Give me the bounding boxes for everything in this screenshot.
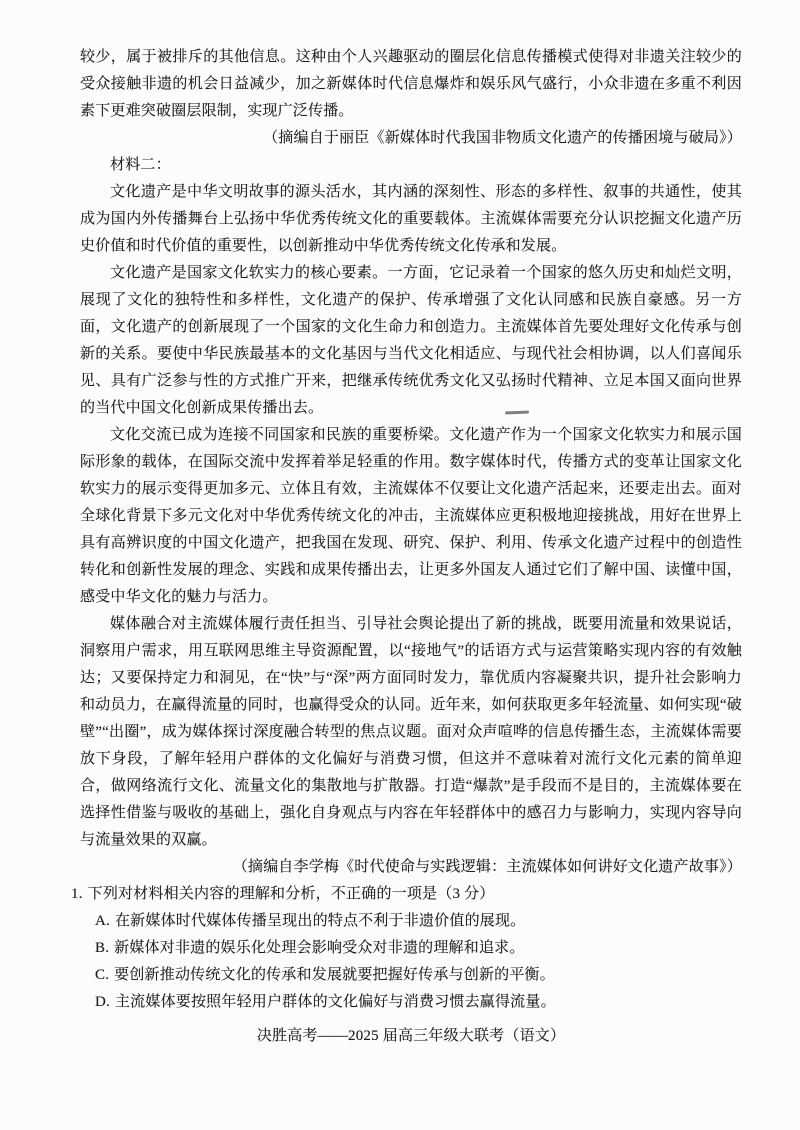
material-two-paragraph-2: 文化遗产是国家文化软实力的核心要素。一方面，它记录着一个国家的悠久历史和灿烂文明…: [80, 260, 742, 422]
exam-footer-title: 决胜高考——2025 届高三年级大联考（语文）: [80, 1023, 742, 1050]
material-two-heading: 材料二：: [80, 152, 742, 179]
question-1-option-d: D.主流媒体要按照年轻用户群体的文化偏好与消费习惯去赢得流量。: [95, 989, 742, 1016]
question-1-option-a: A.在新媒体时代媒体传播呈现出的特点不利于非遗价值的展现。: [95, 908, 742, 935]
question-1-option-b: B.新媒体对非遗的娱乐化处理会影响受众对非遗的理解和追求。: [95, 935, 742, 962]
option-a-label: A.: [95, 913, 110, 929]
question-1-stem: 下列对材料相关内容的理解和分析，不正确的一项是（3 分）: [88, 886, 495, 902]
option-b-text: 新媒体对非遗的娱乐化处理会影响受众对非遗的理解和追求。: [114, 940, 524, 956]
option-d-text: 主流媒体要按照年轻用户群体的文化偏好与消费习惯去赢得流量。: [115, 994, 556, 1010]
material-two-paragraph-3: 文化交流已成为连接不同国家和民族的重要桥梁。文化遗产作为一个国家文化软实力和展示…: [80, 422, 742, 611]
page-body-text: 较少，属于被排斥的其他信息。这种由个人兴趣驱动的圈层化信息传播模式使得对非遗关注…: [80, 44, 742, 1050]
exam-paper-page: 较少，属于被排斥的其他信息。这种由个人兴趣驱动的圈层化信息传播模式使得对非遗关注…: [0, 0, 800, 1130]
option-d-label: D.: [95, 994, 110, 1010]
material-one-closing-paragraph: 较少，属于被排斥的其他信息。这种由个人兴趣驱动的圈层化信息传播模式使得对非遗关注…: [80, 44, 742, 125]
option-c-label: C.: [95, 967, 109, 983]
option-a-text: 在新媒体时代媒体传播呈现出的特点不利于非遗价值的展现。: [115, 913, 525, 929]
material-two-paragraph-1: 文化遗产是中华文明故事的源头活水，其内涵的深刻性、形态的多样性、叙事的共通性，使…: [80, 179, 742, 260]
material-one-attribution: （摘编自于丽臣《新媒体时代我国非物质文化遗产的传播困境与破局》）: [80, 125, 742, 152]
question-1: 1.下列对材料相关内容的理解和分析，不正确的一项是（3 分）: [71, 881, 742, 908]
material-two-paragraph-4: 媒体融合对主流媒体履行责任担当、引导社会舆论提出了新的挑战，既要用流量和效果说话…: [80, 611, 742, 854]
question-1-option-c: C.要创新推动传统文化的传承和发展就要把握好传承与创新的平衡。: [95, 962, 742, 989]
option-c-text: 要创新推动传统文化的传承和发展就要把握好传承与创新的平衡。: [114, 967, 555, 983]
material-two-attribution: （摘编自李学梅《时代使命与实践逻辑：主流媒体如何讲好文化遗产故事》）: [80, 854, 742, 881]
option-b-label: B.: [95, 940, 109, 956]
question-1-number: 1.: [71, 886, 83, 902]
